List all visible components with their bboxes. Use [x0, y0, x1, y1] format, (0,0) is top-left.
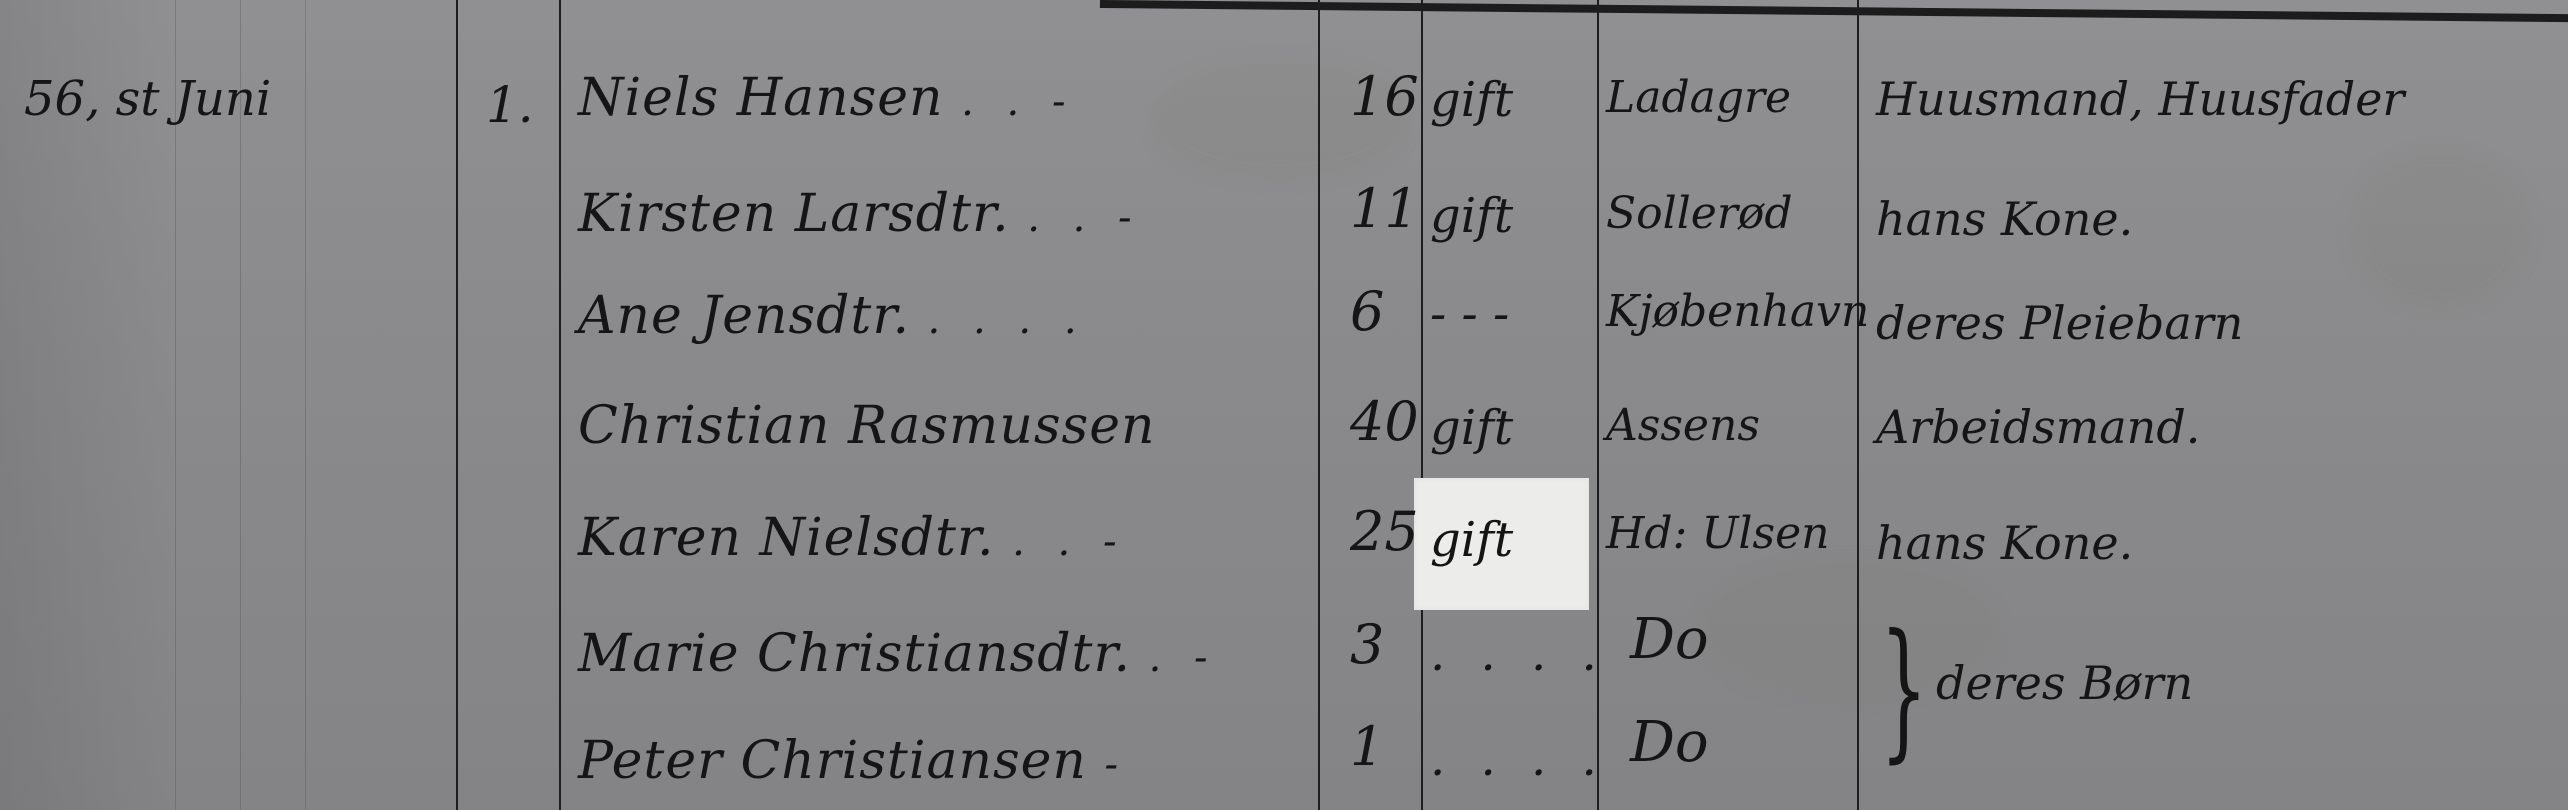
row-occupation: Arbeidsmand.	[1876, 404, 2200, 450]
filler-dots: . . -	[1012, 519, 1126, 565]
row-age: 16	[1350, 70, 1419, 124]
row-name: Karen Nielsdtr. . . -	[578, 512, 1126, 564]
column-rule-name	[559, 0, 561, 810]
entry-number: 1.	[486, 80, 534, 130]
paper-stain	[2350, 150, 2530, 310]
row-status: . . . .	[1430, 630, 1607, 678]
row-place: Ladagre	[1606, 76, 1791, 120]
row-name: Marie Christiansdtr. . -	[578, 628, 1218, 680]
row-occupation: hans Kone.	[1876, 196, 2133, 242]
filler-dots: . -	[1149, 635, 1218, 681]
person-name: Niels Hansen	[578, 68, 944, 128]
row-age: 3	[1350, 618, 1384, 672]
top-border-rule	[1100, 0, 2568, 22]
register-page: 56, st Juni 1. Niels Hansen . . - 16 gif…	[0, 0, 2568, 810]
row-occupation: Huusmand, Huusfader	[1876, 76, 2404, 122]
person-name: Marie Christiansdtr.	[578, 624, 1131, 684]
row-name: Kirsten Larsdtr. . . -	[578, 188, 1142, 240]
person-name: Kirsten Larsdtr.	[578, 184, 1010, 244]
row-age: 40	[1350, 395, 1419, 449]
row-status: - - -	[1430, 290, 1509, 338]
row-place: Kjøbenhavn	[1606, 290, 1869, 334]
column-rule-age	[1318, 0, 1320, 810]
group-note: deres Børn	[1936, 660, 2193, 706]
row-place: Sollerød	[1606, 192, 1793, 236]
faint-column-rule	[305, 0, 306, 810]
person-name: Karen Nielsdtr.	[578, 508, 995, 568]
person-name: Ane Jensdtr.	[578, 286, 910, 346]
row-status: . . . .	[1430, 735, 1607, 783]
row-age: 6	[1350, 285, 1384, 339]
row-name: Ane Jensdtr. . . . .	[578, 290, 1087, 342]
column-rule-entry	[456, 0, 458, 810]
column-rule-occupation	[1857, 0, 1859, 810]
row-name: Christian Rasmussen	[578, 400, 1155, 452]
filler-dots: . . -	[1027, 195, 1141, 241]
row-name: Niels Hansen . . -	[578, 72, 1075, 124]
row-status-highlighted: gift	[1430, 516, 1513, 564]
person-name: Peter Christiansen	[578, 731, 1087, 791]
row-occupation: deres Pleiebarn	[1876, 300, 2243, 346]
person-name: Christian Rasmussen	[578, 396, 1155, 456]
row-place: Hd: Ulsen	[1606, 512, 1829, 556]
row-age: 1	[1350, 720, 1384, 774]
brace-grouping-icon: }	[1880, 615, 1928, 765]
filler-dots: . . . .	[928, 297, 1087, 343]
row-occupation: hans Kone.	[1876, 520, 2133, 566]
entry-date: 56, st Juni	[24, 75, 271, 123]
column-rule-status	[1421, 0, 1423, 810]
row-status: gift	[1430, 76, 1513, 124]
row-status: gift	[1430, 192, 1513, 240]
filler-dots: . . -	[961, 79, 1075, 125]
row-place-ditto: Do	[1630, 715, 1709, 771]
row-name: Peter Christiansen -	[578, 735, 1128, 787]
row-place-ditto: Do	[1630, 612, 1709, 668]
row-place: Assens	[1606, 404, 1760, 448]
column-rule-place	[1597, 0, 1599, 810]
row-age: 25	[1350, 505, 1419, 559]
filler-dots: -	[1104, 742, 1128, 788]
row-status: gift	[1430, 404, 1513, 452]
row-age: 11	[1350, 182, 1419, 236]
